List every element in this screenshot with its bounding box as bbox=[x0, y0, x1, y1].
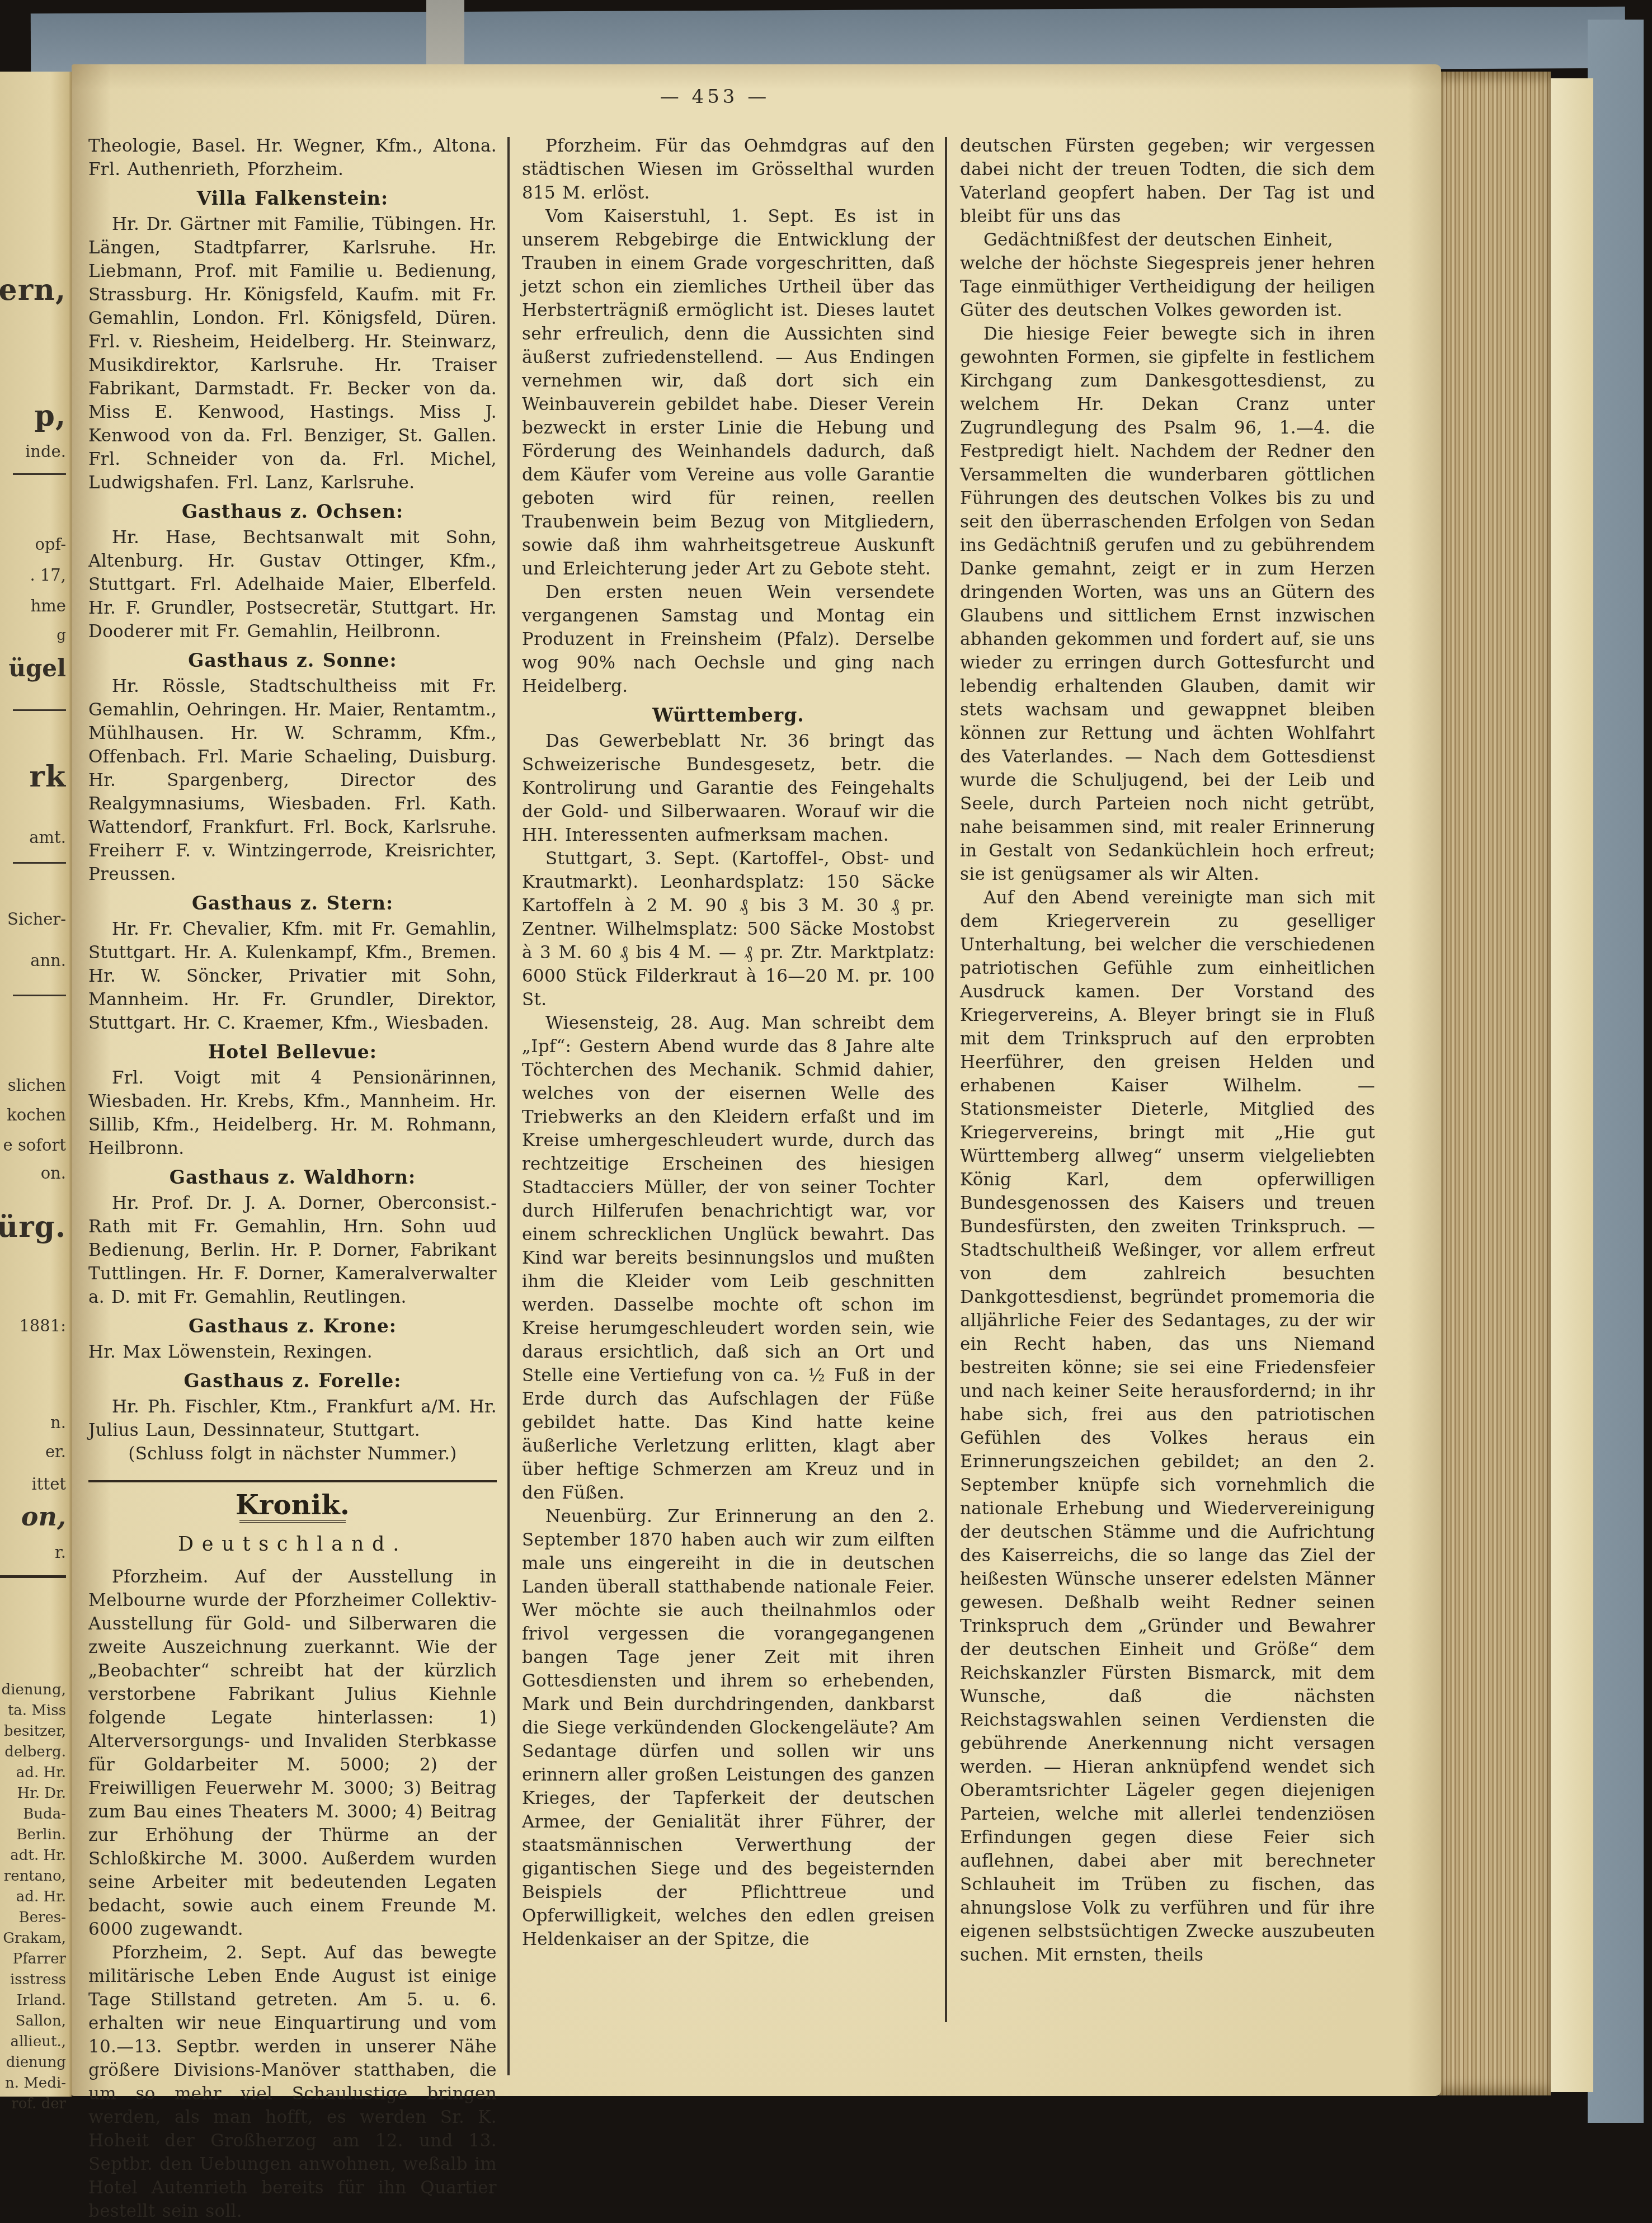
text-fragment: g bbox=[57, 627, 66, 644]
fragment-rule bbox=[13, 995, 66, 996]
section-heading: Gasthaus z. Sonne: bbox=[88, 649, 497, 672]
text-fragment: Irland. bbox=[17, 1992, 66, 2009]
fragment-rule bbox=[13, 473, 66, 475]
text-fragment: r. bbox=[55, 1543, 66, 1562]
text-fragment: n. Medi- bbox=[5, 2075, 66, 2092]
column-2: Pforzheim. Für das Oehmdgras auf den stä… bbox=[522, 134, 935, 1951]
text-fragment: Grakam, bbox=[3, 1930, 66, 1947]
paragraph: deutschen Fürsten gegeben; wir vergessen… bbox=[960, 134, 1375, 228]
text-fragment: besitzer, bbox=[4, 1723, 66, 1740]
section-heading: Gasthaus z. Krone: bbox=[88, 1315, 497, 1338]
text-fragment: kochen bbox=[7, 1105, 66, 1124]
book-scan-scene: ern,p,inde.opf-. 17,hmegügelrkamt.Sicher… bbox=[0, 0, 1652, 2147]
country-heading: Deutschland. bbox=[88, 1533, 497, 1556]
section-heading: Gasthaus z. Stern: bbox=[88, 892, 497, 915]
paragraph: Gedächtnißfest der deutschen Einheit, bbox=[960, 228, 1375, 252]
paragraph: Die hiesige Feier bewegte sich in ihren … bbox=[960, 322, 1375, 886]
text-fragment: . 17, bbox=[30, 566, 66, 585]
paragraph: Auf den Abend vereinigte man sich mit de… bbox=[960, 886, 1375, 1967]
text-fragment: allieut., bbox=[10, 2033, 66, 2050]
text-fragment: on, bbox=[21, 1501, 66, 1532]
text-fragment: 1881: bbox=[19, 1316, 66, 1335]
column-1: Theologie, Basel. Hr. Wegner, Kfm., Alto… bbox=[88, 134, 497, 2147]
text-fragment: ügel bbox=[8, 654, 66, 682]
text-fragment: ta. Miss bbox=[8, 1702, 66, 1719]
text-fragment: delberg. bbox=[4, 1744, 66, 1760]
text-fragment: ann. bbox=[30, 951, 66, 970]
kronik-heading: Kronik. bbox=[88, 1494, 497, 1523]
section-heading: Gasthaus z. Forelle: bbox=[88, 1369, 497, 1393]
paragraph: Hr. Dr. Gärtner mit Familie, Tübingen. H… bbox=[88, 213, 497, 494]
text-fragment: n. bbox=[50, 1413, 66, 1432]
paragraph: Hr. Prof. Dr. J. A. Dorner, Oberconsist.… bbox=[88, 1191, 497, 1309]
paragraph: Neuenbürg. Zur Erinnerung an den 2. Sept… bbox=[522, 1505, 935, 1951]
text-fragment: ad. Hr. bbox=[16, 1764, 66, 1781]
closing-note: (Schluss folgt in nächster Nummer.) bbox=[88, 1442, 497, 1466]
paragraph: welche der höchste Siegespreis jener heh… bbox=[960, 252, 1375, 322]
column-divider-1 bbox=[507, 137, 510, 2075]
text-fragment: Beres- bbox=[19, 1909, 66, 1926]
text-fragment: ern, bbox=[0, 273, 66, 307]
text-fragment: rk bbox=[30, 760, 66, 794]
paragraph: Vom Kaiserstuhl, 1. Sept. Es ist in unse… bbox=[522, 205, 935, 581]
paragraph: Hr. Rössle, Stadtschultheiss mit Fr. Gem… bbox=[88, 675, 497, 886]
text-fragment: opf- bbox=[35, 535, 66, 554]
paragraph: Hr. Max Löwenstein, Rexingen. bbox=[88, 1340, 497, 1364]
fragment-rule bbox=[13, 709, 66, 711]
text-fragment: dienung bbox=[6, 2054, 66, 2071]
text-fragment: rentano, bbox=[4, 1868, 66, 1885]
section-heading: Württemberg. bbox=[522, 704, 935, 727]
text-fragment: ittet bbox=[32, 1475, 66, 1494]
paragraph: Wiesensteig, 28. Aug. Man schreibt dem „… bbox=[522, 1011, 935, 1505]
text-fragment: dienung, bbox=[2, 1682, 67, 1698]
text-fragment: on. bbox=[41, 1164, 66, 1183]
text-fragment: Sallon, bbox=[15, 2013, 66, 2029]
text-fragment: er. bbox=[45, 1442, 66, 1461]
paragraph: Den ersten neuen Wein versendete vergang… bbox=[522, 581, 935, 698]
text-fragment: Berlin. bbox=[16, 1826, 66, 1843]
newspaper-page: — 453 — Theologie, Basel. Hr. Wegner, Kf… bbox=[72, 64, 1441, 2096]
paragraph: Stuttgart, 3. Sept. (Kartoffel-, Obst- u… bbox=[522, 847, 935, 1011]
text-fragment: slichen bbox=[8, 1076, 66, 1095]
text-fragment: inde. bbox=[25, 442, 66, 461]
fragment-rule bbox=[13, 862, 66, 864]
text-fragment: Pfarrer bbox=[13, 1951, 66, 1967]
paragraph: Das Gewerbeblatt Nr. 36 bringt das Schwe… bbox=[522, 729, 935, 847]
underlying-page-edge bbox=[1551, 78, 1593, 2092]
text-fragment: Hr. Dr. bbox=[17, 1785, 66, 1802]
page-stack-fore-edge bbox=[1439, 72, 1551, 2095]
paragraph: Hr. Fr. Chevalier, Kfm. mit Fr. Gemahlin… bbox=[88, 917, 497, 1035]
text-fragment: amt. bbox=[29, 828, 66, 847]
column-3: deutschen Fürsten gegeben; wir vergessen… bbox=[960, 134, 1375, 1967]
paragraph: Pforzheim. Auf der Ausstellung in Melbou… bbox=[88, 1565, 497, 1941]
left-page-fragments: ern,p,inde.opf-. 17,hmegügelrkamt.Sicher… bbox=[0, 72, 72, 2097]
section-heading: Gasthaus z. Waldhorn: bbox=[88, 1166, 497, 1189]
text-fragment: p, bbox=[35, 399, 66, 433]
paragraph: Hr. Hase, Bechtsanwalt mit Sohn, Altenbu… bbox=[88, 526, 497, 643]
fragment-rule bbox=[0, 1575, 66, 1578]
kronik-title: Kronik. bbox=[88, 1494, 497, 1517]
text-fragment: e sofort bbox=[3, 1136, 66, 1155]
text-fragment: ad. Hr. bbox=[16, 1888, 66, 1905]
book-cover-right-edge bbox=[1588, 20, 1644, 2123]
paragraph: Hr. Ph. Fischler, Ktm., Frankfurt a/M. H… bbox=[88, 1395, 497, 1442]
text-fragment: hme bbox=[31, 596, 66, 615]
paragraph: Pforzheim, 2. Sept. Auf das bewegte mili… bbox=[88, 1941, 497, 2147]
text-fragment: isstress bbox=[10, 1971, 66, 1988]
text-fragment: adt. Hr. bbox=[10, 1847, 66, 1864]
text-fragment: Buda- bbox=[23, 1806, 66, 1822]
text-fragment: ürg. bbox=[0, 1210, 66, 1244]
text-fragment: rof. der bbox=[11, 2095, 66, 2112]
section-rule bbox=[88, 1480, 497, 1482]
paragraph: Frl. Voigt mit 4 Pensionärinnen, Wiesbad… bbox=[88, 1066, 497, 1160]
page-number: — 453 — bbox=[72, 86, 1358, 108]
paragraph: Theologie, Basel. Hr. Wegner, Kfm., Alto… bbox=[88, 134, 497, 181]
text-fragment: Sicher- bbox=[7, 910, 66, 929]
column-divider-2 bbox=[945, 137, 947, 2022]
section-heading: Gasthaus z. Ochsen: bbox=[88, 500, 497, 524]
section-heading: Hotel Bellevue: bbox=[88, 1040, 497, 1064]
section-heading: Villa Falkenstein: bbox=[88, 187, 497, 210]
paragraph: Pforzheim. Für das Oehmdgras auf den stä… bbox=[522, 134, 935, 205]
